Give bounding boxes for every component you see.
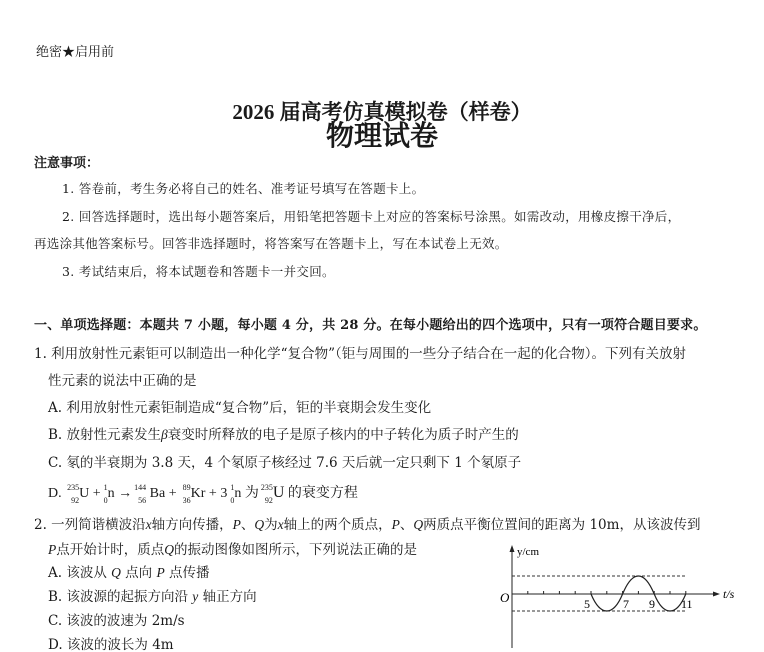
nuclide-ba-index: 14456 [132, 485, 146, 503]
text: 为 [264, 517, 278, 533]
text: 轴方向传播， [152, 517, 233, 533]
vibration-graph: y/cm t/s O 5 7 9 11 [490, 540, 740, 652]
confidential-label: 绝密★启用前 [36, 41, 114, 60]
symbol-n: n [108, 486, 115, 501]
atomic-number: 92 [265, 496, 273, 505]
q2-option-b: B. 该波源的起振方向沿 y 轴正方向 [48, 585, 257, 605]
tick-label-9: 9 [649, 597, 655, 611]
symbol-u: U [273, 484, 285, 501]
q1-option-c: C. 氡的半衰期为 3.8 天，4 个氡原子核经过 7.6 天后就一定只剩下 1… [48, 451, 521, 471]
q2-option-d: D. 该波的波长为 4m [48, 633, 174, 652]
atomic-number: 56 [138, 496, 146, 505]
atomic-number: 92 [71, 496, 79, 505]
var-q: Q [413, 517, 423, 532]
var-p: P [392, 517, 400, 532]
note-item-3: 3. 考试结束后，将本试题卷和答题卡一并交回。 [62, 262, 335, 280]
plus-sign: + [169, 486, 177, 501]
q2-stem-line1: 2. 一列简谐横波沿x轴方向传播，P、Q为x轴上的两个质点，P、Q两质点平衡位置… [34, 513, 700, 533]
var-q: Q [111, 565, 121, 580]
q1-option-b-text2: 衰变时所释放的电子是原子核内的中子转化为质子时产生的 [168, 427, 519, 443]
q1-option-d-tail: 的衰变方程 [288, 486, 358, 501]
atomic-number: 0 [230, 496, 234, 505]
notes-heading: 注意事项： [34, 152, 99, 171]
mass-number: 235 [261, 483, 273, 492]
atomic-number: 0 [104, 496, 108, 505]
q1-option-a: A. 利用放射性元素钜制造成“复合物”后，钜的半衰期会发生变化 [48, 396, 431, 416]
exam-subject: 物理试卷 [0, 114, 764, 154]
mass-number: 89 [183, 483, 191, 492]
q1-option-b: B. 放射性元素发生β衰变时所释放的电子是原子核内的中子转化为质子时产生的 [48, 423, 519, 443]
nuclide-n2-index: 10 [227, 485, 234, 503]
section-heading: 一、单项选择题：本题共 7 小题，每小题 4 分，共 28 分。在每小题给出的四… [34, 314, 707, 333]
tick-label-5: 5 [584, 597, 590, 611]
text: 轴上的两个质点， [284, 517, 392, 533]
q2-stem-line2: P点开始计时，质点Q的振动图像如图所示，下列说法正确的是 [48, 538, 417, 558]
tick-label-7: 7 [623, 597, 629, 611]
origin-label: O [500, 590, 510, 605]
tick-label-11: 11 [681, 597, 693, 611]
text: 2. 一列简谐横波沿 [34, 517, 146, 533]
nuclide-u235b-index: 23592 [259, 485, 273, 503]
q1-option-b-text: B. 放射性元素发生 [48, 427, 161, 443]
text: 两质点平衡位置间的距离为 10m，从该波传到 [423, 517, 700, 533]
text: A. 该波从 [48, 565, 111, 581]
symbol-n: n [234, 486, 241, 501]
q2-option-a: A. 该波从 Q 点向 P 点传播 [48, 561, 210, 581]
var-p: P [48, 542, 56, 557]
y-axis-arrow-icon [510, 545, 515, 552]
note-item-2-cont: 再选涂其他答案标号。回答非选择题时，将答案写在答题卡上，写在本试卷上无效。 [34, 234, 508, 252]
note-item-2: 2. 回答选择题时，选出每小题答案后，用铅笔把答题卡上对应的答案标号涂黑。如需改… [62, 207, 680, 225]
symbol-u: U [79, 486, 89, 501]
t-axis-label: t/s [723, 587, 735, 601]
symbol-ba: Ba [150, 486, 166, 501]
y-axis-label: y/cm [517, 546, 539, 558]
atomic-number: 36 [183, 496, 191, 505]
t-axis-arrow-icon [713, 592, 720, 597]
text: B. 该波源的起振方向沿 [48, 589, 192, 605]
var-q: Q [254, 517, 264, 532]
nuclide-kr-index: 8936 [177, 485, 191, 503]
mass-number: 144 [134, 483, 146, 492]
q1-option-d-mid: 为 [245, 486, 259, 501]
nuclide-n-index: 10 [101, 485, 108, 503]
symbol-kr: Kr [191, 486, 206, 501]
beta-symbol: β [161, 427, 168, 442]
text: 轴正方向 [198, 589, 256, 605]
nuclide-u235-index: 23592 [65, 485, 79, 503]
text: 点开始计时，质点 [56, 542, 164, 558]
var-p: P [233, 517, 241, 532]
coefficient: 3 [220, 486, 227, 501]
text: 点传播 [165, 565, 210, 581]
q2-option-c: C. 该波的波速为 2m/s [48, 609, 185, 629]
mass-number: 1 [104, 483, 108, 492]
mass-number: 235 [67, 483, 79, 492]
text: 、 [241, 517, 255, 533]
var-q: Q [164, 542, 174, 557]
mass-number: 1 [230, 483, 234, 492]
plus-sign: + [209, 486, 217, 501]
q1-option-d: D. 23592U +10n →14456 Ba +8936Kr + 310n … [48, 482, 358, 503]
text: 的振动图像如图所示，下列说法正确的是 [174, 542, 417, 558]
q1-option-d-label: D. [48, 486, 62, 501]
q1-stem-line2: 性元素的说法中正确的是 [48, 369, 197, 389]
text: 点向 [121, 565, 157, 581]
arrow-icon: → [118, 486, 132, 501]
text: 、 [400, 517, 414, 533]
plus-sign: + [93, 486, 101, 501]
note-item-1: 1. 答卷前，考生务必将自己的姓名、准考证号填写在答题卡上。 [62, 179, 424, 197]
var-p: P [156, 565, 164, 580]
q1-stem-line1: 1. 利用放射性元素钜可以制造出一种化学“复合物”（钜与周围的一些分子结合在一起… [34, 342, 686, 362]
